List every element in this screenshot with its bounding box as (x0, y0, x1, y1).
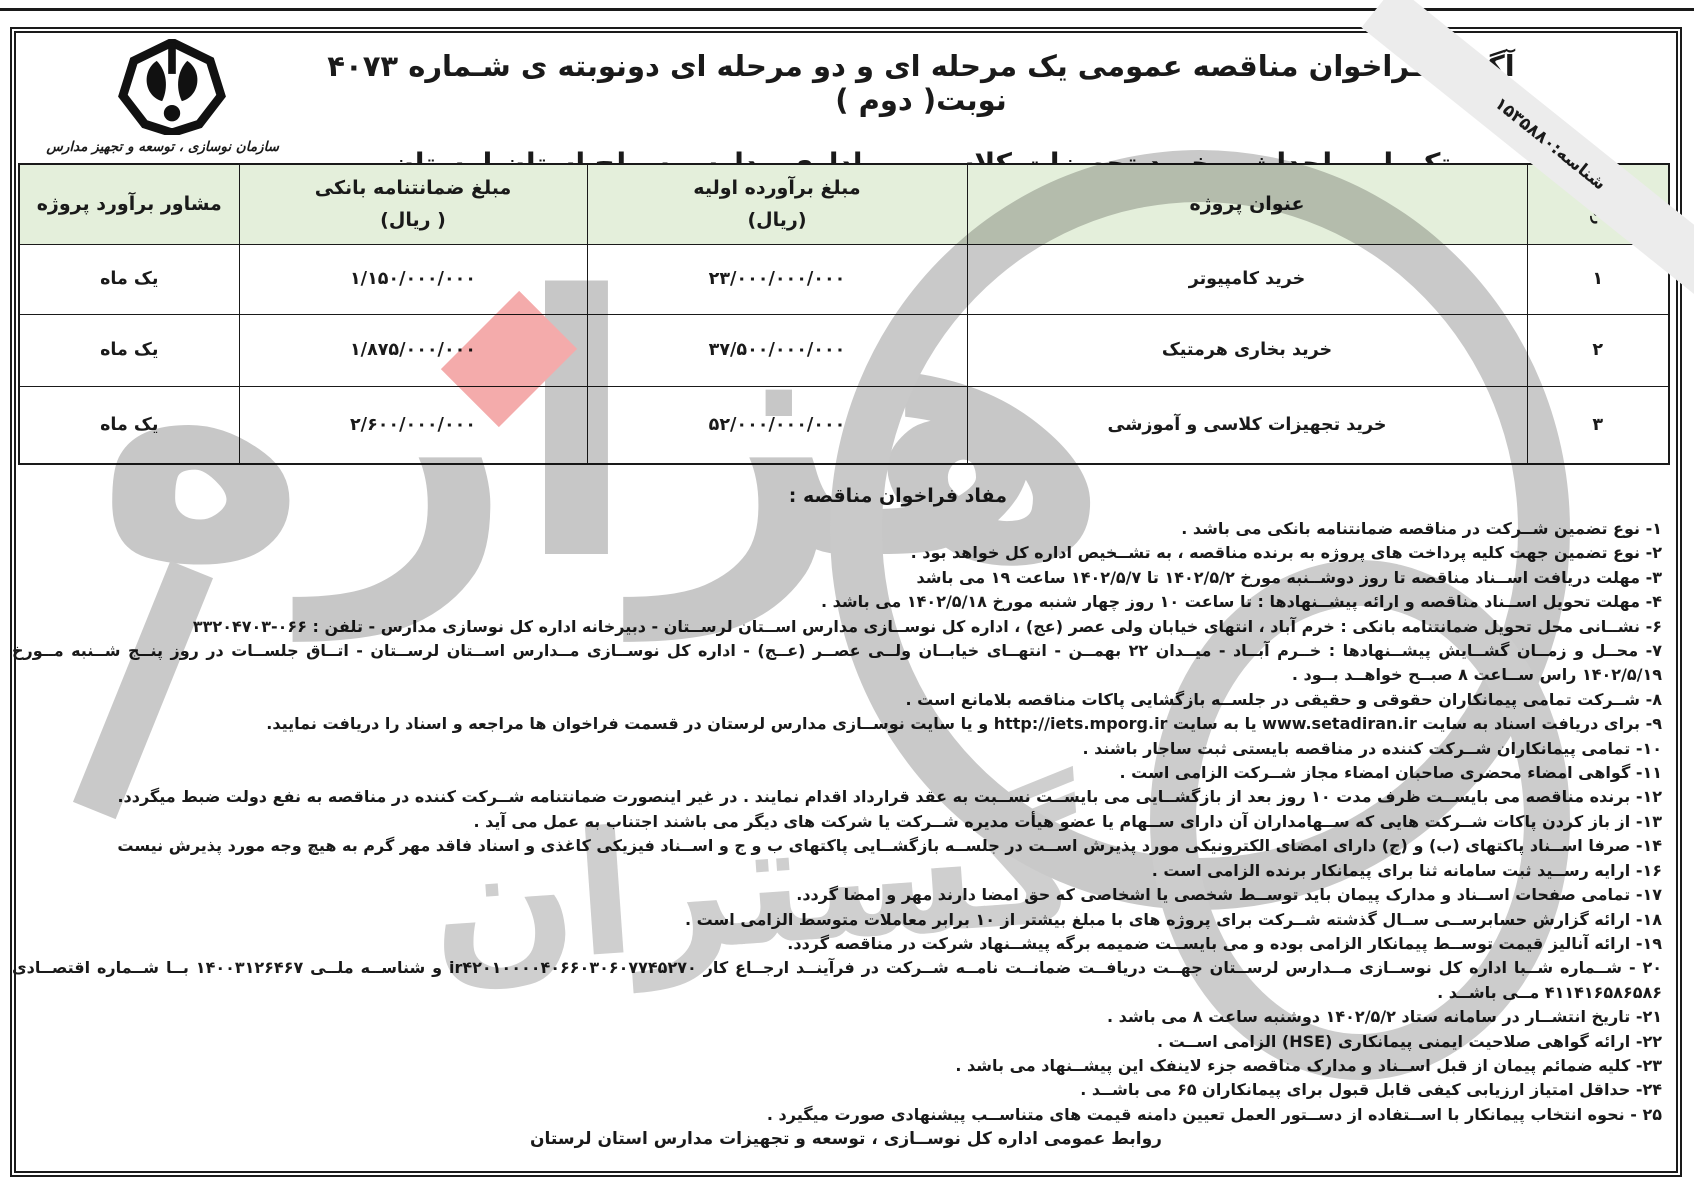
conditions-heading: مفاد فراخوان مناقصه : (12, 485, 1007, 507)
table-row: ۲خرید بخاری هرمتیک۳۷/۵۰۰/۰۰۰/۰۰۰۱/۸۷۵/۰۰… (19, 314, 1669, 386)
cell-row-no: ۳ (1527, 386, 1669, 464)
cell-row-no: ۲ (1527, 314, 1669, 386)
page-frame: سازمان نوسازی ، توسعه و تجهیز مدارس آگهی… (10, 27, 1682, 1177)
cell-consultant: یک ماه (19, 244, 239, 314)
org-emblem-icon (116, 39, 228, 135)
condition-item: ۱۹- ارائه آنالیز قیمت توســط پیمانکار ال… (12, 932, 1662, 956)
table-row: ۱خرید کامپیوتر۲۳/۰۰۰/۰۰۰/۰۰۰۱/۱۵۰/۰۰۰/۰۰… (19, 244, 1669, 314)
table-header-row: ردیف عنوان پروژه مبلغ برآورده اولیه (ریا… (19, 164, 1669, 244)
cell-project-title: خرید کامپیوتر (967, 244, 1527, 314)
org-logo: سازمان نوسازی ، توسعه و تجهیز مدارس (64, 39, 279, 155)
table-row: ۳خرید تجهیزات کلاسی و آموزشی۵۲/۰۰۰/۰۰۰/۰… (19, 386, 1669, 464)
condition-item: ۱- نوع تضمین شــرکت در مناقصه ضمانتنامه … (12, 517, 1662, 541)
cell-consultant: یک ماه (19, 386, 239, 464)
cell-initial-estimate: ۳۷/۵۰۰/۰۰۰/۰۰۰ (587, 314, 967, 386)
cell-bank-guarantee: ۲/۶۰۰/۰۰۰/۰۰۰ (239, 386, 587, 464)
condition-item: ۴- مهلت تحویل اســناد مناقصه و ارائه پیش… (12, 590, 1662, 614)
col-header-project-title: عنوان پروژه (967, 164, 1527, 244)
condition-item: ۱۲- برنده مناقصه می بایســت ظرف مدت ۱۰ ر… (12, 785, 1662, 809)
condition-item: ۱۰- تمامی پیمانکاران شــرکت کننده در منا… (12, 737, 1662, 761)
condition-item: ۲۳- کلیه ضمائم پیمان از قبل اســناد و مد… (12, 1054, 1662, 1078)
col-header-initial-estimate: مبلغ برآورده اولیه (ریال) (587, 164, 967, 244)
condition-item: ۷- محــل و زمــان گشــایش پیشــنهادها : … (12, 639, 1662, 688)
condition-item: ۲۵ - نحوه انتخاب پیمانکار با اســتفاده ا… (12, 1103, 1662, 1127)
condition-item: ۱۱- گواهی امضاء محضری صاحبان امضاء مجاز … (12, 761, 1662, 785)
condition-item: ۱۴- صرفا اســناد پاکتهای (ب) و (ج) دارای… (12, 834, 1662, 858)
org-name: سازمان نوسازی ، توسعه و تجهیز مدارس (64, 139, 279, 155)
conditions-section: مفاد فراخوان مناقصه : ۱- نوع تضمین شــرک… (12, 485, 1662, 1127)
condition-item: ۱۸- ارائه گزارش حسابرســی ســال گذشته شـ… (12, 908, 1662, 932)
cell-bank-guarantee: ۱/۱۵۰/۰۰۰/۰۰۰ (239, 244, 587, 314)
cell-initial-estimate: ۲۳/۰۰۰/۰۰۰/۰۰۰ (587, 244, 967, 314)
cell-consultant: یک ماه (19, 314, 239, 386)
condition-item: ۲- نوع تضمین جهت کلیه پرداخت های پروژه ب… (12, 541, 1662, 565)
condition-item: ۶- نشــانی محل تحویل ضمانتنامه بانکی : خ… (12, 615, 1662, 639)
cell-initial-estimate: ۵۲/۰۰۰/۰۰۰/۰۰۰ (587, 386, 967, 464)
conditions-list: ۱- نوع تضمین شــرکت در مناقصه ضمانتنامه … (12, 517, 1662, 1127)
condition-item: ۸- شــرکت تمامی پیمانکاران حقوقی و حقیقی… (12, 688, 1662, 712)
condition-item: ۲۱- تاریخ انتشــار در سامانه ستاد ۱۴۰۲/۵… (12, 1005, 1662, 1029)
cell-bank-guarantee: ۱/۸۷۵/۰۰۰/۰۰۰ (239, 314, 587, 386)
notice-titles: آگهی فراخوان مناقصه عمومی یک مرحله ای و … (286, 49, 1556, 180)
notice-title: آگهی فراخوان مناقصه عمومی یک مرحله ای و … (286, 49, 1556, 117)
condition-item: ۱۶- ارایه رســید ثبت سامانه ثنا برای پیم… (12, 859, 1662, 883)
col-header-bank-guarantee: مبلغ ضمانتنامه بانکی ( ریال) (239, 164, 587, 244)
condition-item: ۲۲- ارائه گواهی صلاحیت ایمنی پیمانکاری (… (12, 1030, 1662, 1054)
projects-table: ردیف عنوان پروژه مبلغ برآورده اولیه (ریا… (18, 163, 1670, 465)
condition-item: ۲۰ - شــماره شــبا اداره کل نوســازی مــ… (12, 956, 1662, 1005)
condition-item: ۱۷- تمامی صفحات اســناد و مدارک پیمان با… (12, 883, 1662, 907)
condition-item: ۹- برای دریافت اسناد به سایت www.setadir… (12, 712, 1662, 736)
col-header-consultant: مشاور برآورد پروژه (19, 164, 239, 244)
condition-item: ۳- مهلت دریافت اســناد مناقصه تا روز دوش… (12, 566, 1662, 590)
footer-credit: روابط عمومی اداره کل نوســازی ، توسعه و … (16, 1129, 1676, 1149)
cell-project-title: خرید بخاری هرمتیک (967, 314, 1527, 386)
condition-item: ۲۴- حداقل امتیاز ارزیابی کیفی قابل قبول … (12, 1078, 1662, 1102)
condition-item: ۱۳- از باز کردن پاکات شــرکت هایی که ســ… (12, 810, 1662, 834)
cell-project-title: خرید تجهیزات کلاسی و آموزشی (967, 386, 1527, 464)
top-rule (0, 8, 1694, 11)
